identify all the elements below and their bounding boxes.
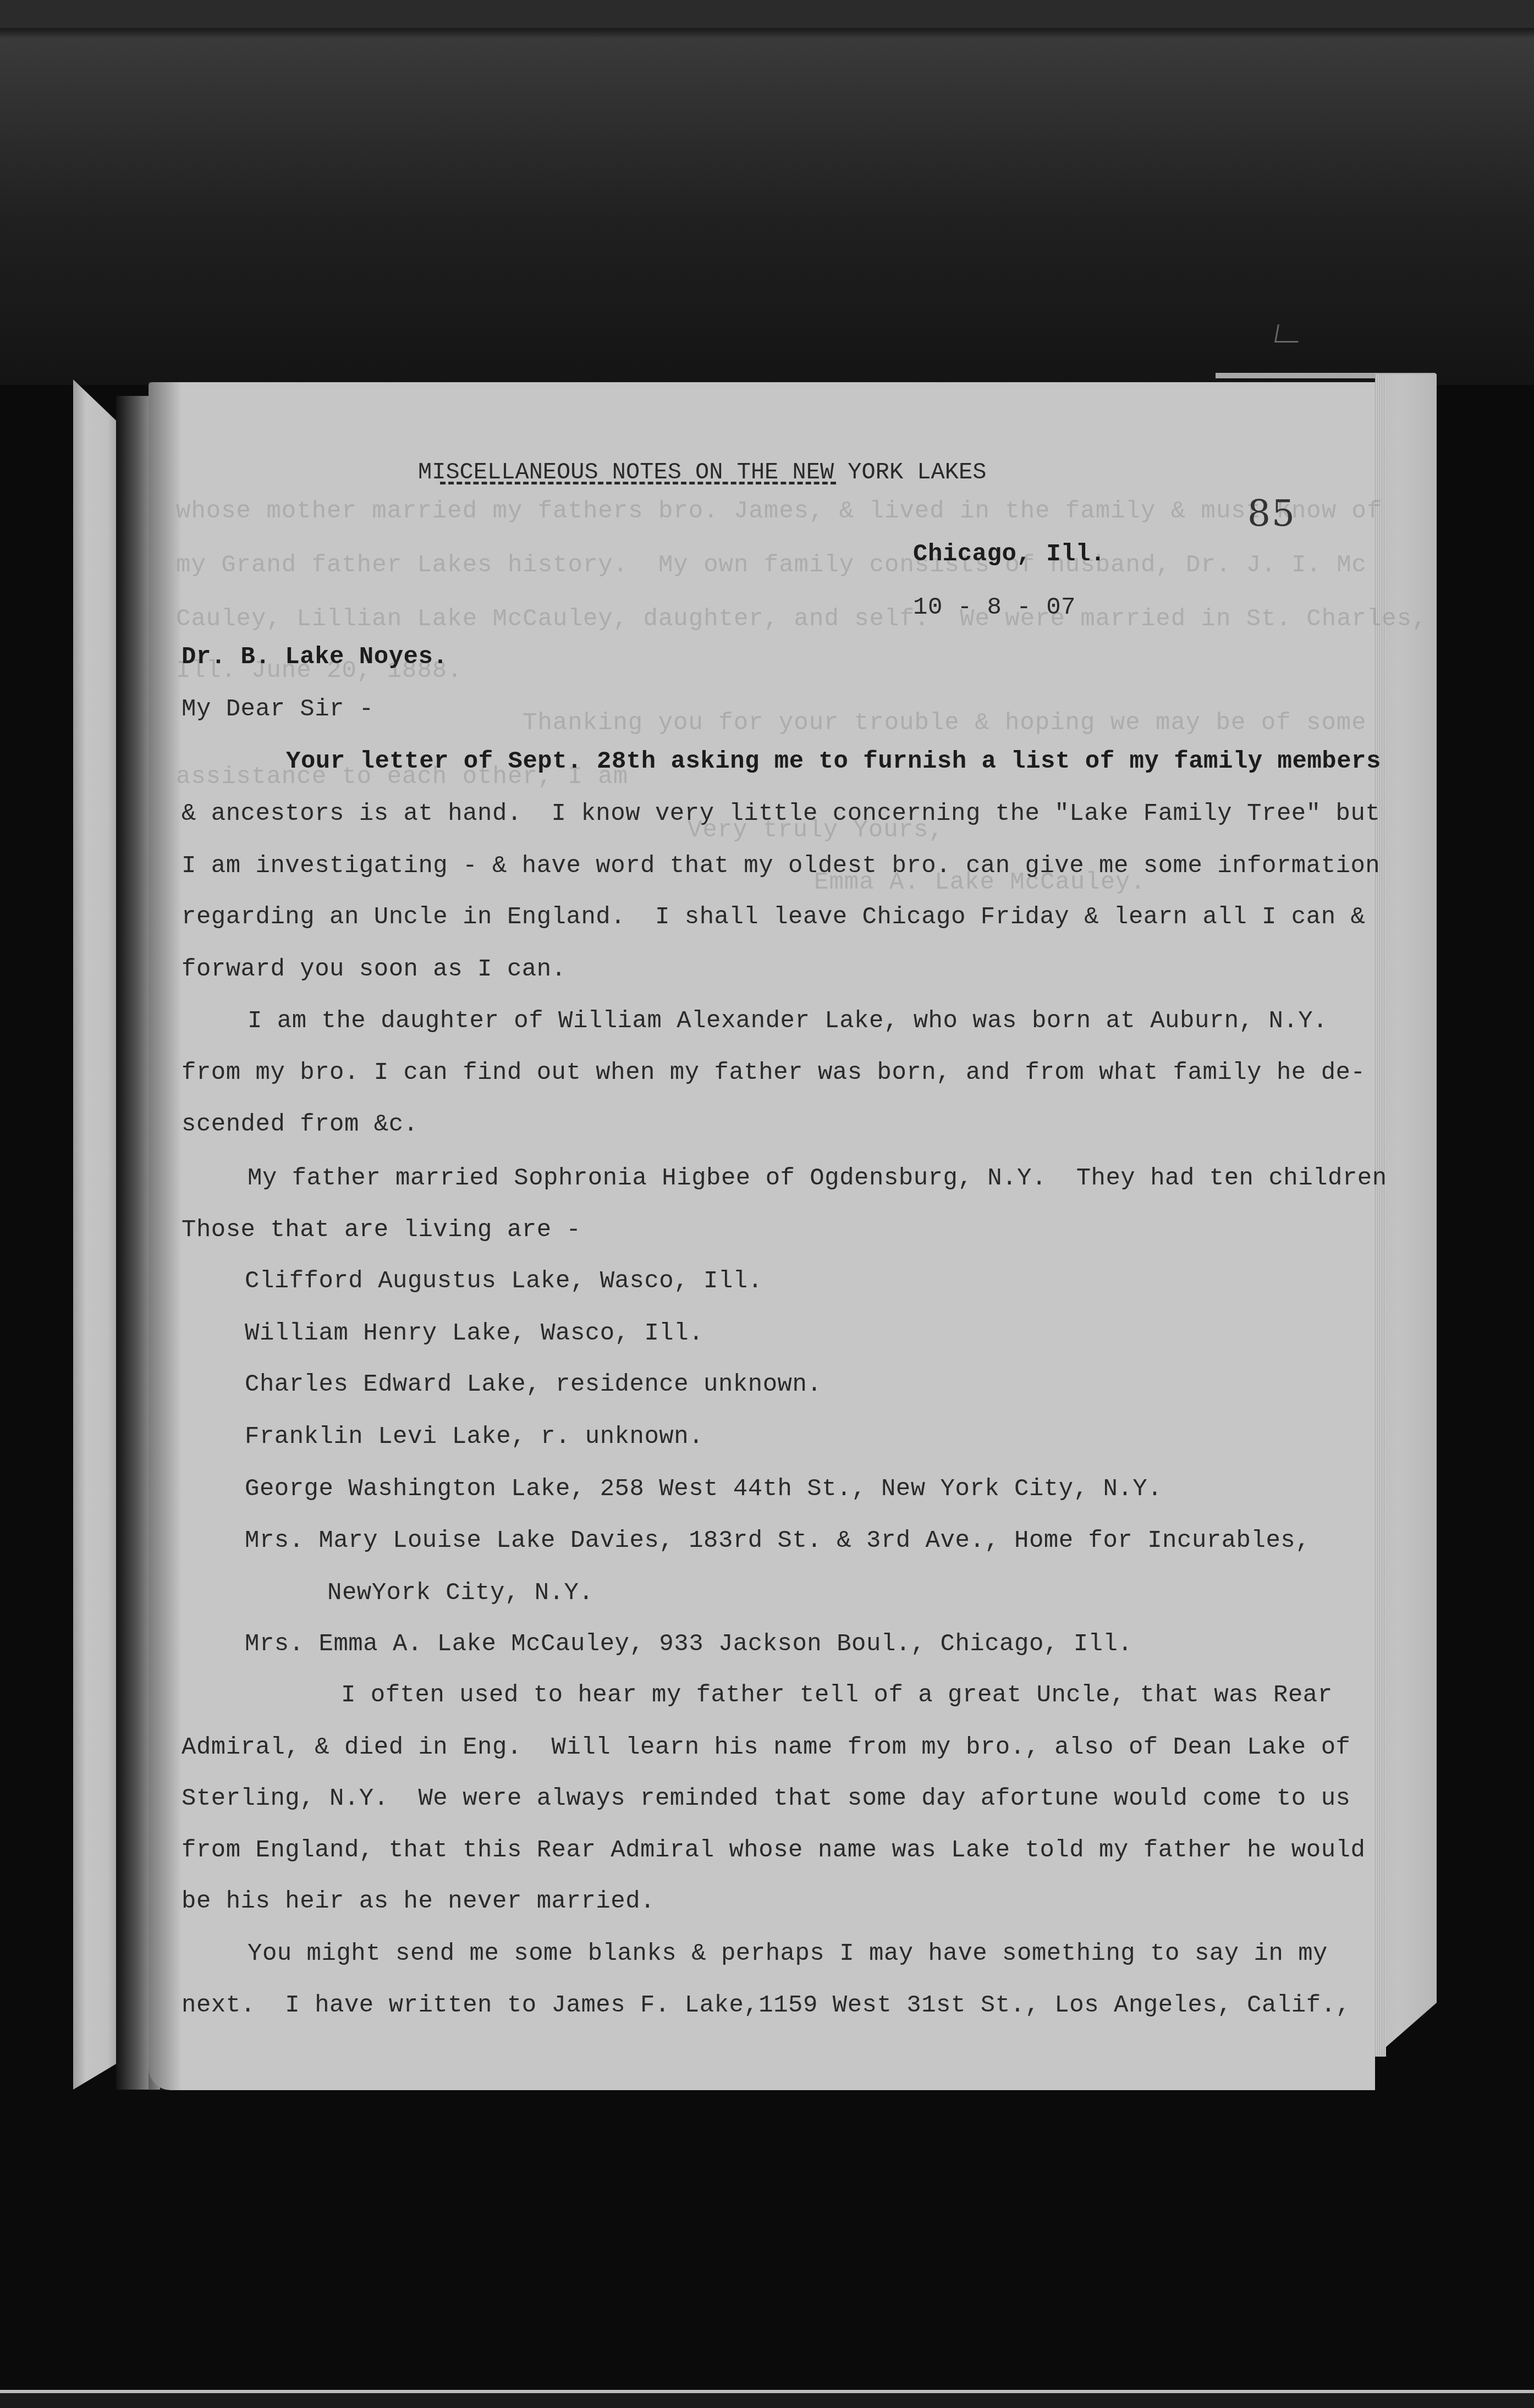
body-line: from my bro. I can find out when my fath…	[182, 1059, 1365, 1087]
child-entry-continuation: NewYork City, N.Y.	[327, 1579, 593, 1607]
bleed-through-line: Cauley, Lillian Lake McCauley, daughter,…	[176, 605, 1427, 633]
letter-salutation: My Dear Sir -	[182, 696, 374, 723]
body-line: from England, that this Rear Admiral who…	[182, 1837, 1365, 1864]
child-entry: George Washington Lake, 258 West 44th St…	[245, 1475, 1162, 1503]
child-entry: Mrs. Emma A. Lake McCauley, 933 Jackson …	[245, 1630, 1132, 1658]
child-entry: Clifford Augustus Lake, Wasco, Ill.	[245, 1268, 763, 1295]
body-line: scended from &c.	[182, 1111, 418, 1138]
child-entry: Charles Edward Lake, residence unknown.	[245, 1371, 822, 1398]
microfilm-top-border	[0, 0, 1534, 385]
letter-date: 10 - 8 - 07	[913, 594, 1076, 621]
body-line: be his heir as he never married.	[182, 1888, 655, 1915]
body-line: I am the daughter of William Alexander L…	[248, 1007, 1328, 1035]
body-line: next. I have written to James F. Lake,11…	[182, 1992, 1350, 2019]
body-line: You might send me some blanks & perhaps …	[248, 1940, 1328, 1968]
body-line: forward you soon as I can.	[182, 956, 567, 983]
body-line: Your letter of Sept. 28th asking me to f…	[286, 748, 1381, 775]
bleed-through-line: Thanking you for your trouble & hoping w…	[523, 709, 1367, 737]
body-line: I often used to hear my father tell of a…	[341, 1682, 1333, 1709]
bleed-through-line: my Grand father Lakes history. My own fa…	[176, 552, 1367, 579]
bleed-through-line: whose mother married my fathers bro. Jam…	[176, 498, 1382, 525]
child-entry: Franklin Levi Lake, r. unknown.	[245, 1423, 703, 1451]
body-line: Sterling, N.Y. We were always reminded t…	[182, 1785, 1350, 1812]
body-line: My father married Sophronia Higbee of Og…	[248, 1165, 1387, 1192]
letter-addressee: Dr. B. Lake Noyes.	[182, 643, 448, 671]
film-registration-mark	[1274, 324, 1301, 343]
body-line: Those that are living are -	[182, 1216, 581, 1244]
heading-dashed-underline	[440, 482, 836, 484]
microfilm-bottom-border	[0, 2393, 1534, 2408]
body-line: & ancestors is at hand. I know very litt…	[182, 800, 1380, 828]
letter-place: Chicago, Ill.	[913, 541, 1106, 568]
body-line: Admiral, & died in Eng. Will learn his n…	[182, 1734, 1350, 1761]
child-entry: Mrs. Mary Louise Lake Davies, 183rd St. …	[245, 1527, 1310, 1555]
body-line: regarding an Uncle in England. I shall l…	[182, 903, 1365, 931]
page-number: 85	[1247, 492, 1296, 535]
previous-page-edge	[73, 379, 116, 2090]
body-line: I am investigating - & have word that my…	[182, 852, 1380, 880]
child-entry: William Henry Lake, Wasco, Ill.	[245, 1320, 703, 1347]
